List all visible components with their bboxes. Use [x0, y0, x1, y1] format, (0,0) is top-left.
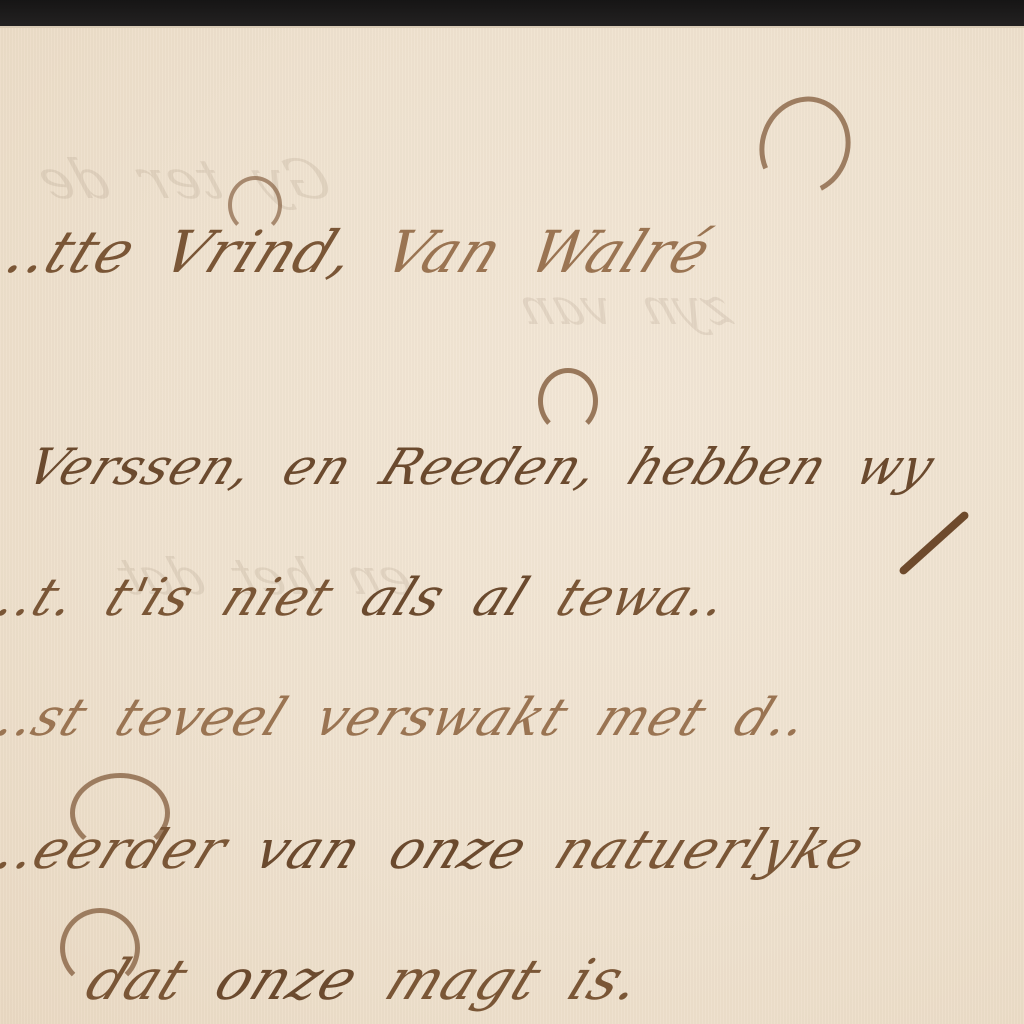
- text-line-5: ..eerdervanonzenatuerlyke: [0, 818, 909, 881]
- ink-flourish: [538, 368, 598, 434]
- text-line-1: ..tteVrind,VanWalré: [0, 218, 756, 286]
- text-line-3: ..t.t'isnietalsaltewa..: [0, 568, 772, 628]
- ink-flourish: [746, 84, 865, 209]
- bleed-through-text: zyn van: [511, 278, 739, 336]
- ink-descender-stroke: [898, 510, 970, 576]
- text-line-2: Verssen,enReeden,hebbenwy: [18, 438, 977, 496]
- manuscript-page: Gy ter de zyn van en het dat ..tteVrind,…: [0, 26, 1024, 1024]
- bleed-through-text: Gy ter de: [30, 148, 339, 211]
- text-line-6: datonzemagtis.: [77, 948, 687, 1013]
- scan-border: [0, 0, 1024, 28]
- text-line-4: ..stteveelverswaktmetd..: [0, 688, 853, 748]
